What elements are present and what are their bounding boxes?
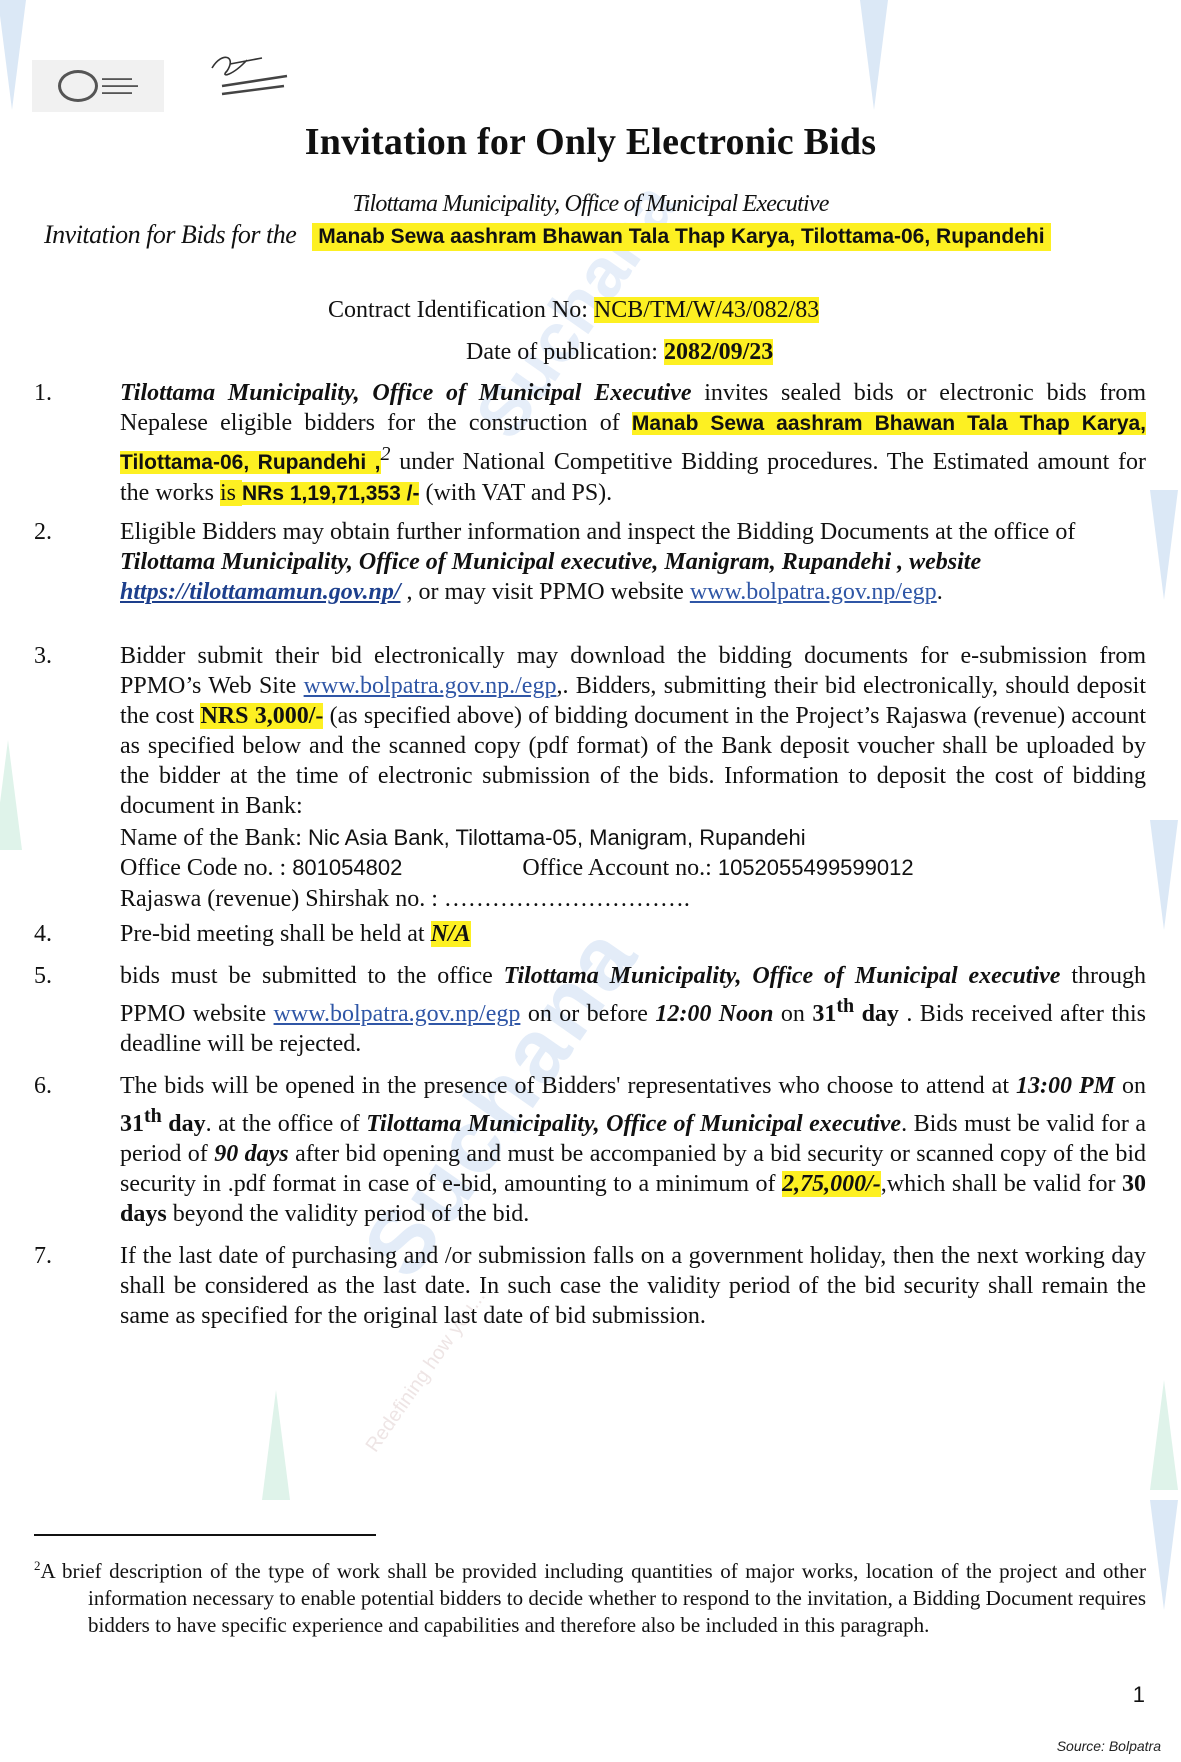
bank-name-line: Name of the Bank: Nic Asia Bank, Tilotta… [120, 821, 1146, 855]
item-number: 1. [34, 378, 52, 408]
signature-icon [192, 46, 312, 106]
opening-day-number: 31 [120, 1111, 144, 1137]
decorative-arrow-icon [1150, 820, 1178, 930]
ordinal-suffix: th [836, 995, 854, 1017]
item-text: Pre-bid meeting shall be held at [120, 921, 431, 947]
ordinal-suffix: th [144, 1105, 162, 1127]
footnote: 2A brief description of the type of work… [34, 1552, 1146, 1639]
employer-name: Tilottama Municipality, Office of Munici… [120, 380, 692, 406]
list-item: 7. If the last date of purchasing and /o… [34, 1241, 1146, 1331]
shirshak-label: Rajaswa (revenue) Shirshak no. : [120, 886, 444, 912]
item-number: 5. [34, 961, 52, 991]
item-text: , or may visit PPMO website [401, 579, 690, 605]
publication-date-line: Date of publication: 2082/09/23 [466, 339, 773, 366]
item-number: 3. [34, 641, 52, 671]
item-text: . at the office of [206, 1111, 367, 1137]
item-text: ,which shall be valid for [881, 1171, 1122, 1197]
item-number: 2. [34, 517, 52, 547]
decorative-arrow-icon [0, 0, 26, 110]
notice-items: 1. Tilottama Municipality, Office of Mun… [34, 378, 1146, 1331]
bid-validity: 90 days [214, 1141, 288, 1167]
seal-text: ▬▬▬▬▬▬▬▬▬▬▬▬▬▬▬▬ [102, 76, 138, 97]
list-item: 1. Tilottama Municipality, Office of Mun… [34, 378, 1146, 509]
decorative-arrow-icon [1150, 490, 1178, 600]
item-text: on or before [520, 1001, 655, 1027]
prebid-meeting-value: N/A [431, 921, 471, 947]
employer-subtitle: Tilottama Municipality, Office of Munici… [0, 191, 1181, 218]
item-text: beyond the validity period of the bid. [167, 1201, 530, 1227]
page-number: 1 [1133, 1682, 1145, 1708]
list-item: 5. bids must be submitted to the office … [34, 961, 1146, 1059]
list-item: 3. Bidder submit their bid electronicall… [34, 641, 1146, 917]
item-text: (with VAT and PS). [419, 480, 612, 506]
office-address: Tilottama Municipality, Office of Munici… [120, 549, 981, 575]
source-credit: Source: Bolpatra [1057, 1738, 1161, 1754]
document-cost: NRS 3,000/- [200, 703, 323, 729]
item-text: is [220, 480, 242, 506]
opening-time: 13:00 PM [1016, 1073, 1115, 1099]
item-text: on [1115, 1073, 1146, 1099]
bank-codes-line: Office Code no. : 801054802 Office Accou… [120, 855, 1146, 881]
submission-deadline-time: 12:00 Noon [655, 1001, 773, 1027]
footnote-divider [34, 1534, 376, 1536]
contract-identification: Contract Identification No: NCB/TM/W/43/… [328, 297, 819, 324]
contract-number: NCB/TM/W/43/082/83 [594, 297, 819, 323]
item-text: bids must be submitted to the office [120, 963, 504, 989]
submission-day-number: 31 [812, 1001, 836, 1027]
publication-label: Date of publication: [466, 339, 658, 365]
publication-date: 2082/09/23 [664, 339, 773, 365]
bid-security-amount: 2,75,000/- [782, 1171, 881, 1197]
office-code-label: Office Code no. : [120, 855, 292, 881]
item-text: . [937, 579, 943, 605]
invitation-prefix: Invitation for Bids for the [44, 220, 296, 249]
shirshak-line: Rajaswa (revenue) Shirshak no. : …………………… [120, 881, 1146, 917]
item-text: on [774, 1001, 813, 1027]
municipality-website-link[interactable]: https://tilottamamun.gov.np/ [120, 579, 401, 605]
decorative-arrow-icon [1150, 1500, 1178, 1610]
item-text: The bids will be opened in the presence … [120, 1073, 1016, 1099]
list-item: 4. Pre-bid meeting shall be held at N/A [34, 919, 1146, 949]
project-name-highlight: Manab Sewa aashram Bhawan Tala Thap Kary… [312, 223, 1050, 251]
page-title: Invitation for Only Electronic Bids [0, 120, 1181, 164]
decorative-arrow-icon [0, 740, 22, 850]
decorative-arrow-icon [1150, 1380, 1178, 1490]
seal-emblem-icon [58, 70, 98, 102]
footnote-ref: 2 [381, 443, 391, 465]
item-text: If the last date of purchasing and /or s… [120, 1243, 1146, 1329]
municipality-seal-logo: ▬▬▬▬▬▬▬▬▬▬▬▬▬▬▬▬ [32, 60, 164, 112]
estimated-amount: NRs 1,19,71,353 /- [242, 482, 419, 505]
account-number: 1052055499599012 [718, 855, 914, 880]
ppmo-website-link[interactable]: www.bolpatra.gov.np/egp [274, 1001, 521, 1027]
document-page: Suchana Suchana Redefining how you... ▬▬… [0, 0, 1181, 1762]
footnote-text: A brief description of the type of work … [41, 1559, 1147, 1637]
item-number: 4. [34, 919, 52, 949]
item-number: 7. [34, 1241, 52, 1271]
office-name: Tilottama Municipality, Office of Munici… [366, 1111, 901, 1137]
office-name: Tilottama Municipality, Office of Munici… [504, 963, 1061, 989]
ppmo-website-link[interactable]: www.bolpatra.gov.np./egp [304, 673, 557, 699]
ppmo-website-link[interactable]: www.bolpatra.gov.np/egp [690, 579, 937, 605]
submission-day-word: day [854, 1001, 899, 1027]
contract-label: Contract Identification No: [328, 297, 588, 323]
decorative-arrow-icon [262, 1390, 290, 1500]
bank-label: Name of the Bank: [120, 825, 308, 851]
account-label: Office Account no.: [522, 855, 718, 881]
bank-name: Nic Asia Bank, Tilottama-05, Manigram, R… [308, 825, 806, 850]
office-code: 801054802 [292, 855, 402, 880]
shirshak-value: …………………………. [444, 886, 690, 912]
invitation-line: Invitation for Bids for the Manab Sewa a… [44, 220, 1051, 251]
list-item: 2. Eligible Bidders may obtain further i… [34, 517, 1146, 607]
item-text: Eligible Bidders may obtain further info… [120, 519, 1075, 545]
item-number: 6. [34, 1071, 52, 1101]
decorative-arrow-icon [860, 0, 888, 110]
opening-day-word: day [162, 1111, 206, 1137]
list-item: 6. The bids will be opened in the presen… [34, 1071, 1146, 1229]
